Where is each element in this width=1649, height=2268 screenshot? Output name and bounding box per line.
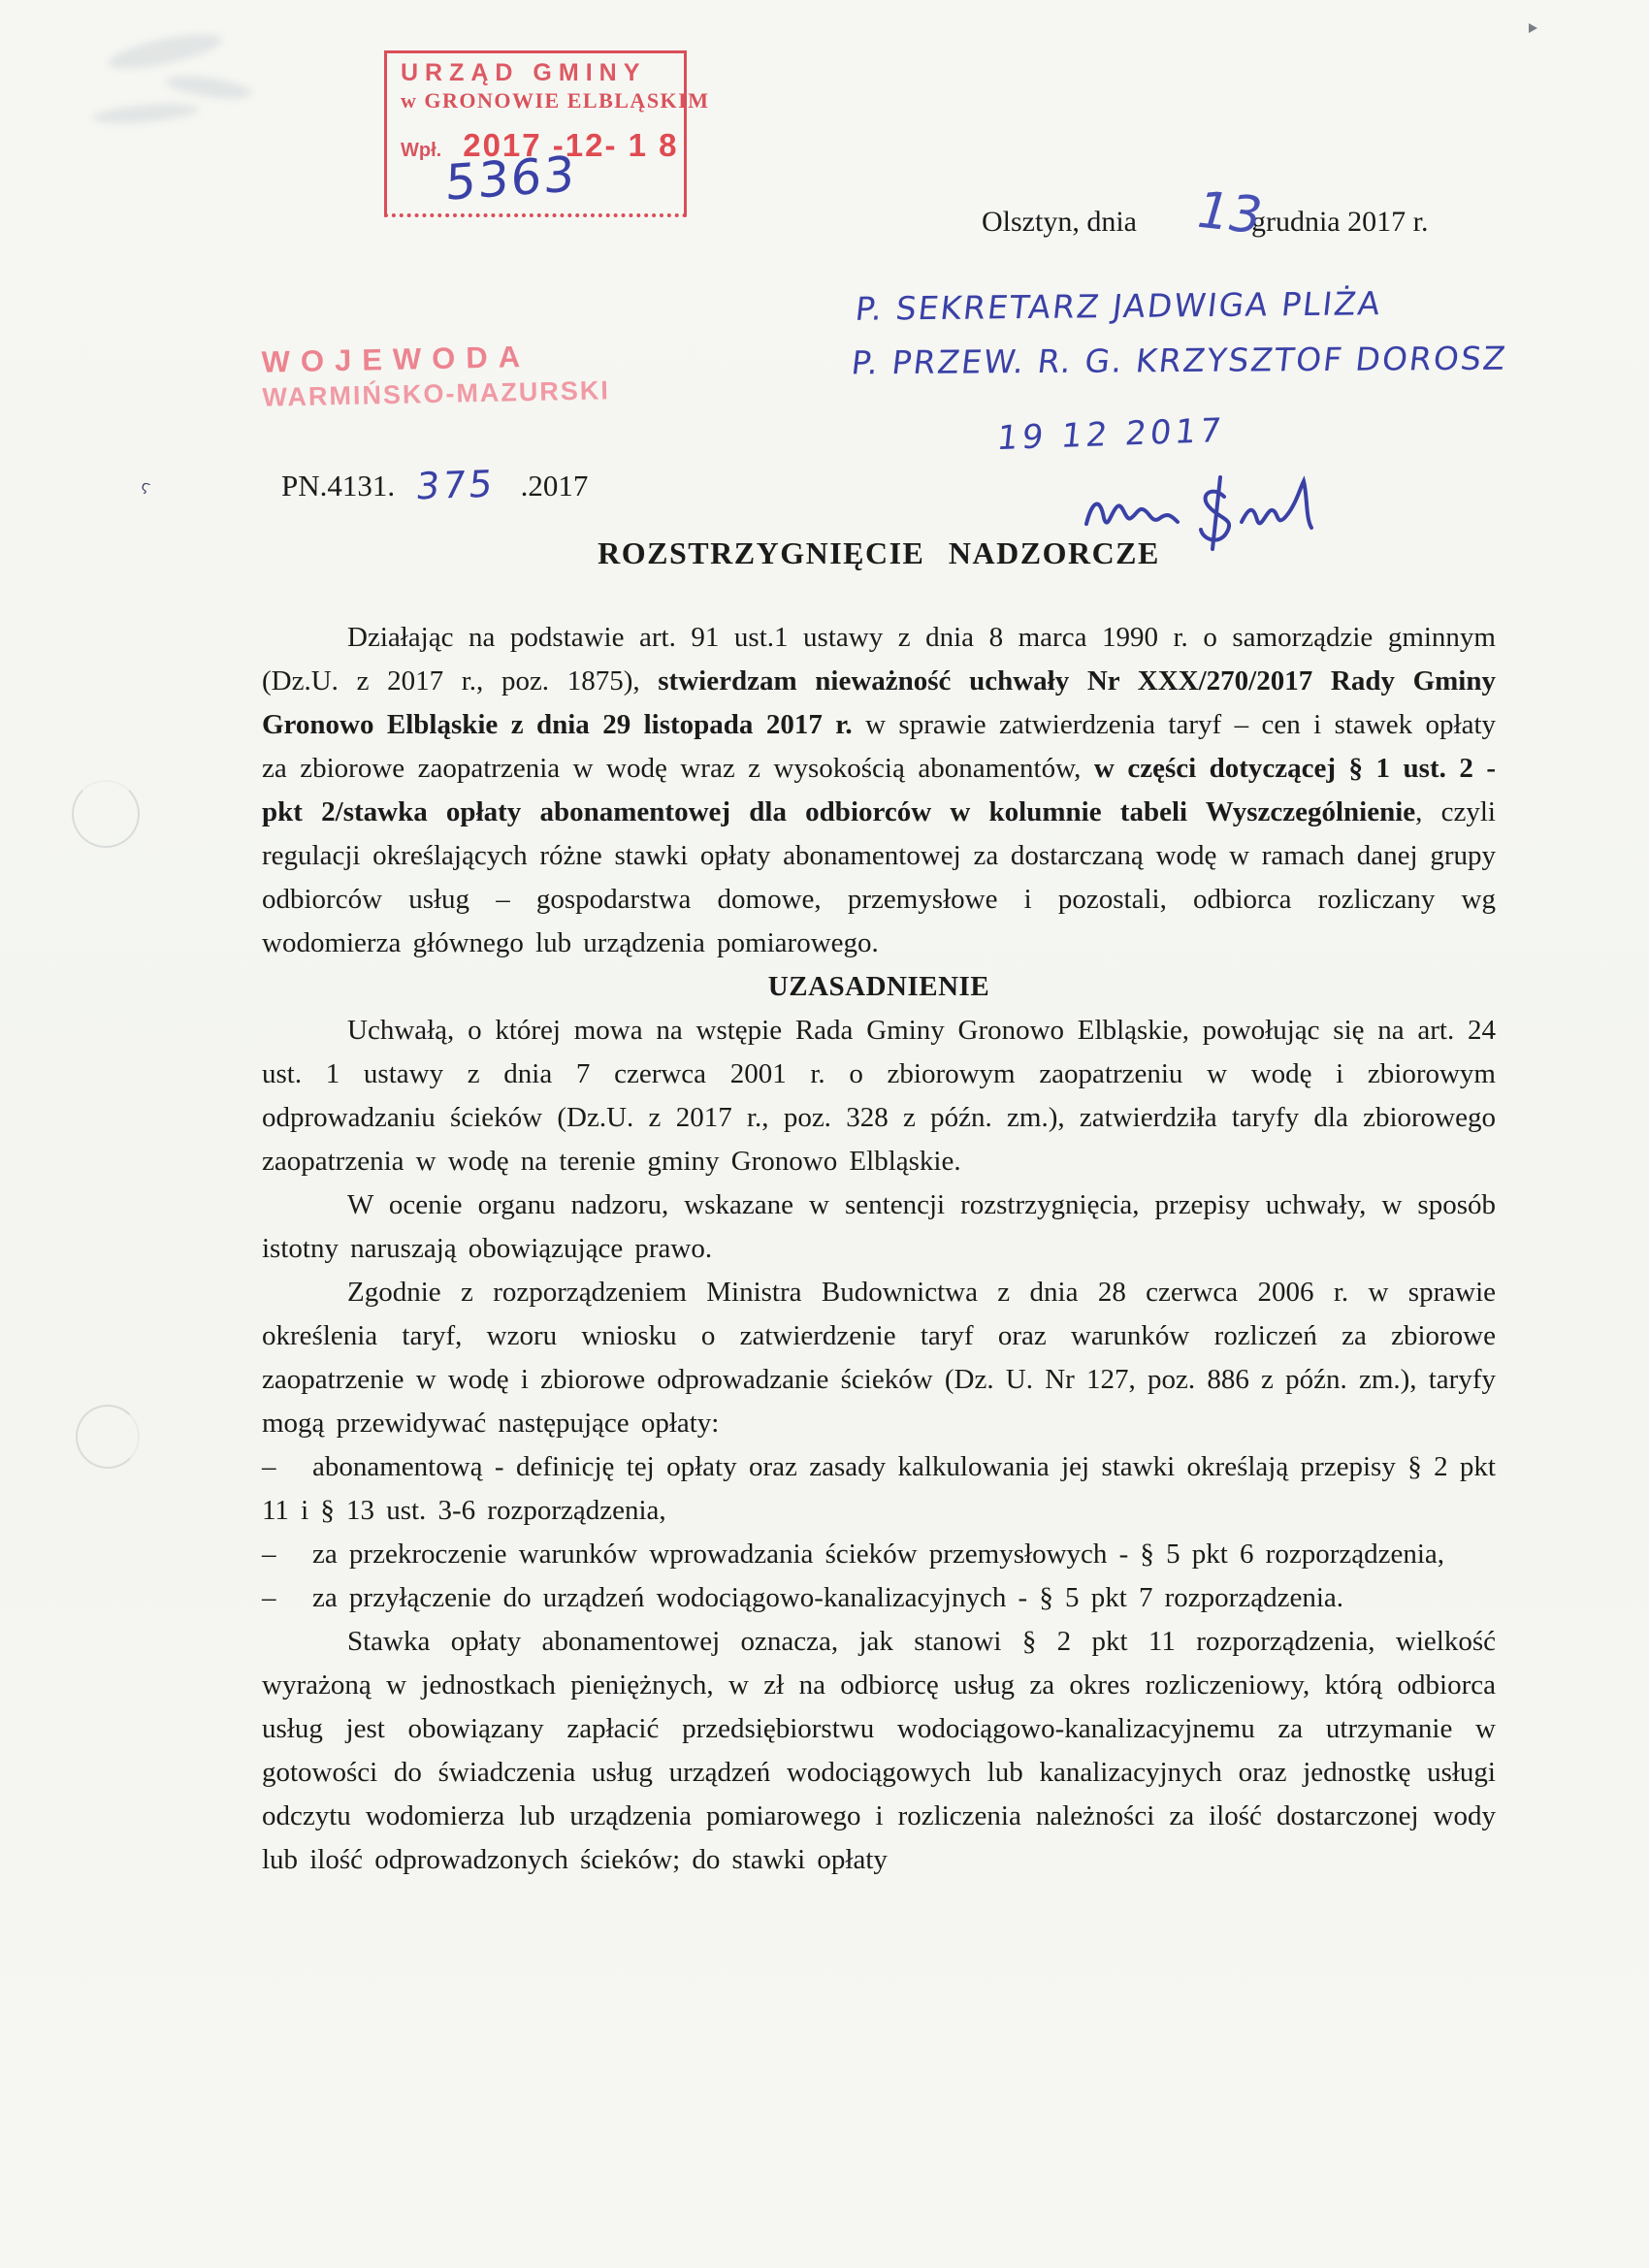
paragraph: W ocenie organu nadzoru, wskazane w sent…: [262, 1183, 1496, 1271]
list-item: –za przekroczenie warunków wprowadzania …: [262, 1533, 1496, 1576]
case-number-prefix: PN.4131.: [281, 469, 395, 502]
scan-artifact-ring: [76, 1405, 140, 1469]
date-line: Olsztyn, dniagrudnia 2017 r. 13: [982, 206, 1428, 239]
document-title: ROZSTRZYGNIĘCIE NADZORCZE: [262, 535, 1496, 571]
handwritten-case-number: 375: [414, 462, 498, 507]
sender-stamp-region: WARMIŃSKO-MAZURSKI: [262, 375, 610, 413]
reception-stamp-office: URZĄD GMINY: [401, 59, 674, 87]
list-dash: –: [262, 1445, 276, 1489]
paragraph: Działając na podstawie art. 91 ust.1 ust…: [262, 616, 1496, 965]
reception-stamp: URZĄD GMINY w GRONOWIE ELBLĄSKIM Wpł. 20…: [384, 50, 687, 217]
handwritten-note-chairman: P. PRZEW. R. G. KRZYSZTOF DOROSZ: [850, 340, 1509, 382]
scan-artifact-smudge: [106, 27, 225, 76]
reception-stamp-received-label: Wpł.: [401, 140, 441, 162]
scanned-document-page: ϛ URZĄD GMINY w GRONOWIE ELBLĄSKIM Wpł. …: [0, 0, 1649, 2268]
case-number: PN.4131.375.2017: [281, 464, 588, 506]
list-item: –abonamentową - definicję tej opłaty ora…: [262, 1445, 1496, 1533]
scan-artifact-ring: [72, 780, 140, 848]
list-item: –za przyłączenie do urządzeń wodociągowo…: [262, 1576, 1496, 1620]
sender-stamp: WOJEWODA WARMIŃSKO-MAZURSKI: [261, 338, 610, 412]
scan-artifact-smudge: [91, 100, 199, 127]
list-dash: –: [262, 1533, 276, 1576]
handwritten-register-number: 5363: [444, 146, 577, 211]
scan-artifact-smudge: [164, 72, 253, 103]
handwritten-note-date: 19 12 2017: [995, 411, 1227, 458]
scan-artifact-ink-speck: ϛ: [139, 476, 152, 496]
paragraph: Uchwałą, o której mowa na wstępie Rada G…: [262, 1009, 1496, 1183]
handwritten-note-secretary: P. SEKRETARZ JADWIGA PLIŻA: [854, 284, 1384, 328]
scan-artifact-ink-speck: [1529, 23, 1537, 33]
list-dash: –: [262, 1576, 276, 1620]
document-paragraphs: Działając na podstawie art. 91 ust.1 ust…: [262, 616, 1496, 1882]
section-heading: UZASADNIENIE: [262, 965, 1496, 1009]
date-line-suffix: grudnia 2017 r.: [1251, 206, 1428, 238]
sender-stamp-title: WOJEWODA: [261, 338, 609, 379]
paragraph: Stawka opłaty abonamentowej oznacza, jak…: [262, 1620, 1496, 1882]
document-body: ROZSTRZYGNIĘCIE NADZORCZE Działając na p…: [262, 535, 1496, 1882]
reception-stamp-place: w GRONOWIE ELBLĄSKIM: [401, 88, 674, 113]
date-line-prefix: Olsztyn, dnia: [982, 206, 1137, 238]
case-number-suffix: .2017: [521, 469, 589, 502]
paragraph: Zgodnie z rozporządzeniem Ministra Budow…: [262, 1271, 1496, 1445]
